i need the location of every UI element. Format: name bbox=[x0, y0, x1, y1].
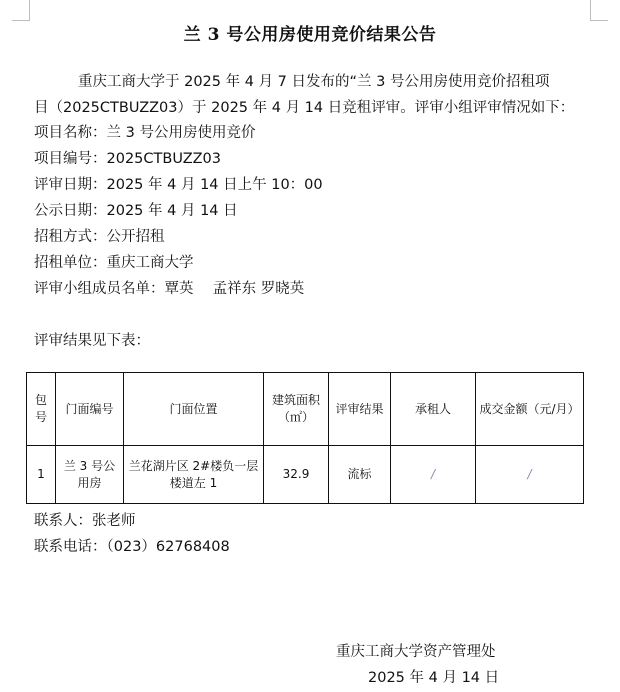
header-location: 门面位置 bbox=[124, 373, 264, 446]
field-label: 评审小组成员名单： bbox=[34, 281, 165, 297]
header-package-no: 包 号 bbox=[27, 373, 56, 446]
field-project-name: 项目名称：兰 3 号公用房使用竞价 bbox=[34, 124, 255, 142]
field-review-panel: 评审小组成员名单：覃英 孟祥东 罗晓英 bbox=[34, 280, 304, 298]
field-label: 招租方式： bbox=[34, 229, 107, 245]
header-result: 评审结果 bbox=[329, 373, 391, 446]
cell-line: 兰 3 号公 bbox=[58, 458, 121, 475]
header-line: 号 bbox=[29, 409, 53, 426]
field-value: 2025 年 4 月 14 日 bbox=[107, 203, 238, 219]
results-table: 包 号 门面编号 门面位置 建筑面积 （㎡） 评审结果 承租人 成交金额（元/月… bbox=[26, 372, 584, 504]
header-amount: 成交金额（元/月） bbox=[476, 373, 584, 446]
field-label: 项目编号： bbox=[34, 151, 107, 167]
field-value: 重庆工商大学 bbox=[107, 255, 194, 271]
field-value: 兰 3 号公用房使用竞价 bbox=[107, 125, 256, 141]
contact-phone: 联系电话：（023）62768408 bbox=[34, 538, 230, 556]
field-value: 覃英 孟祥东 罗晓英 bbox=[165, 281, 305, 297]
cell-area: 32.9 bbox=[264, 446, 329, 504]
results-intro: 评审结果见下表： bbox=[34, 332, 150, 350]
field-label: 公示日期： bbox=[34, 203, 107, 219]
cell-package-no: 1 bbox=[27, 446, 56, 504]
cell-line: 兰花湖片区 2#楼负一层 bbox=[126, 458, 261, 475]
table-row: 1 兰 3 号公 用房 兰花湖片区 2#楼负一层 楼道左 1 32.9 流标 /… bbox=[27, 446, 584, 504]
signature-organization: 重庆工商大学资产管理处 bbox=[336, 640, 496, 661]
contact-person: 联系人：张老师 bbox=[34, 512, 136, 530]
field-value: 公开招租 bbox=[107, 229, 165, 245]
field-rental-unit: 招租单位：重庆工商大学 bbox=[34, 254, 194, 272]
cell-line: 楼道左 1 bbox=[126, 475, 261, 492]
field-label: 评审日期： bbox=[34, 177, 107, 193]
table-header-row: 包 号 门面编号 门面位置 建筑面积 （㎡） 评审结果 承租人 成交金额（元/月… bbox=[27, 373, 584, 446]
header-line: （㎡） bbox=[266, 409, 326, 426]
cell-tenant: / bbox=[391, 446, 476, 504]
header-shop-no: 门面编号 bbox=[56, 373, 124, 446]
header-line: 包 bbox=[29, 392, 53, 409]
field-publicity-date: 公示日期：2025 年 4 月 14 日 bbox=[34, 202, 238, 220]
header-line: 建筑面积 bbox=[266, 392, 326, 409]
field-value: 2025 年 4 月 14 日上午 10：00 bbox=[107, 177, 323, 193]
cell-location: 兰花湖片区 2#楼负一层 楼道左 1 bbox=[124, 446, 264, 504]
field-project-number: 项目编号：2025CTBUZZ03 bbox=[34, 150, 221, 168]
document-title: 兰 3 号公用房使用竞价结果公告 bbox=[0, 20, 620, 45]
intro-paragraph-line-2: 目（2025CTBUZZ03）于 2025 年 4 月 14 日竞租评审。评审小… bbox=[34, 99, 574, 117]
cell-result: 流标 bbox=[329, 446, 391, 504]
signature-date: 2025 年 4 月 14 日 bbox=[368, 666, 499, 687]
intro-paragraph-line-1: 重庆工商大学于 2025 年 4 月 7 日发布的“兰 3 号公用房使用竞价招租… bbox=[78, 73, 549, 91]
page-corner-mark-left bbox=[12, 0, 30, 21]
header-area: 建筑面积 （㎡） bbox=[264, 373, 329, 446]
field-rental-method: 招租方式：公开招租 bbox=[34, 228, 165, 246]
field-label: 项目名称： bbox=[34, 125, 107, 141]
page-corner-mark-right bbox=[590, 0, 608, 21]
field-value: 2025CTBUZZ03 bbox=[107, 151, 222, 167]
header-tenant: 承租人 bbox=[391, 373, 476, 446]
field-review-date: 评审日期：2025 年 4 月 14 日上午 10：00 bbox=[34, 176, 323, 194]
cell-shop-no: 兰 3 号公 用房 bbox=[56, 446, 124, 504]
cell-amount: / bbox=[476, 446, 584, 504]
field-label: 招租单位： bbox=[34, 255, 107, 271]
cell-line: 用房 bbox=[58, 475, 121, 492]
